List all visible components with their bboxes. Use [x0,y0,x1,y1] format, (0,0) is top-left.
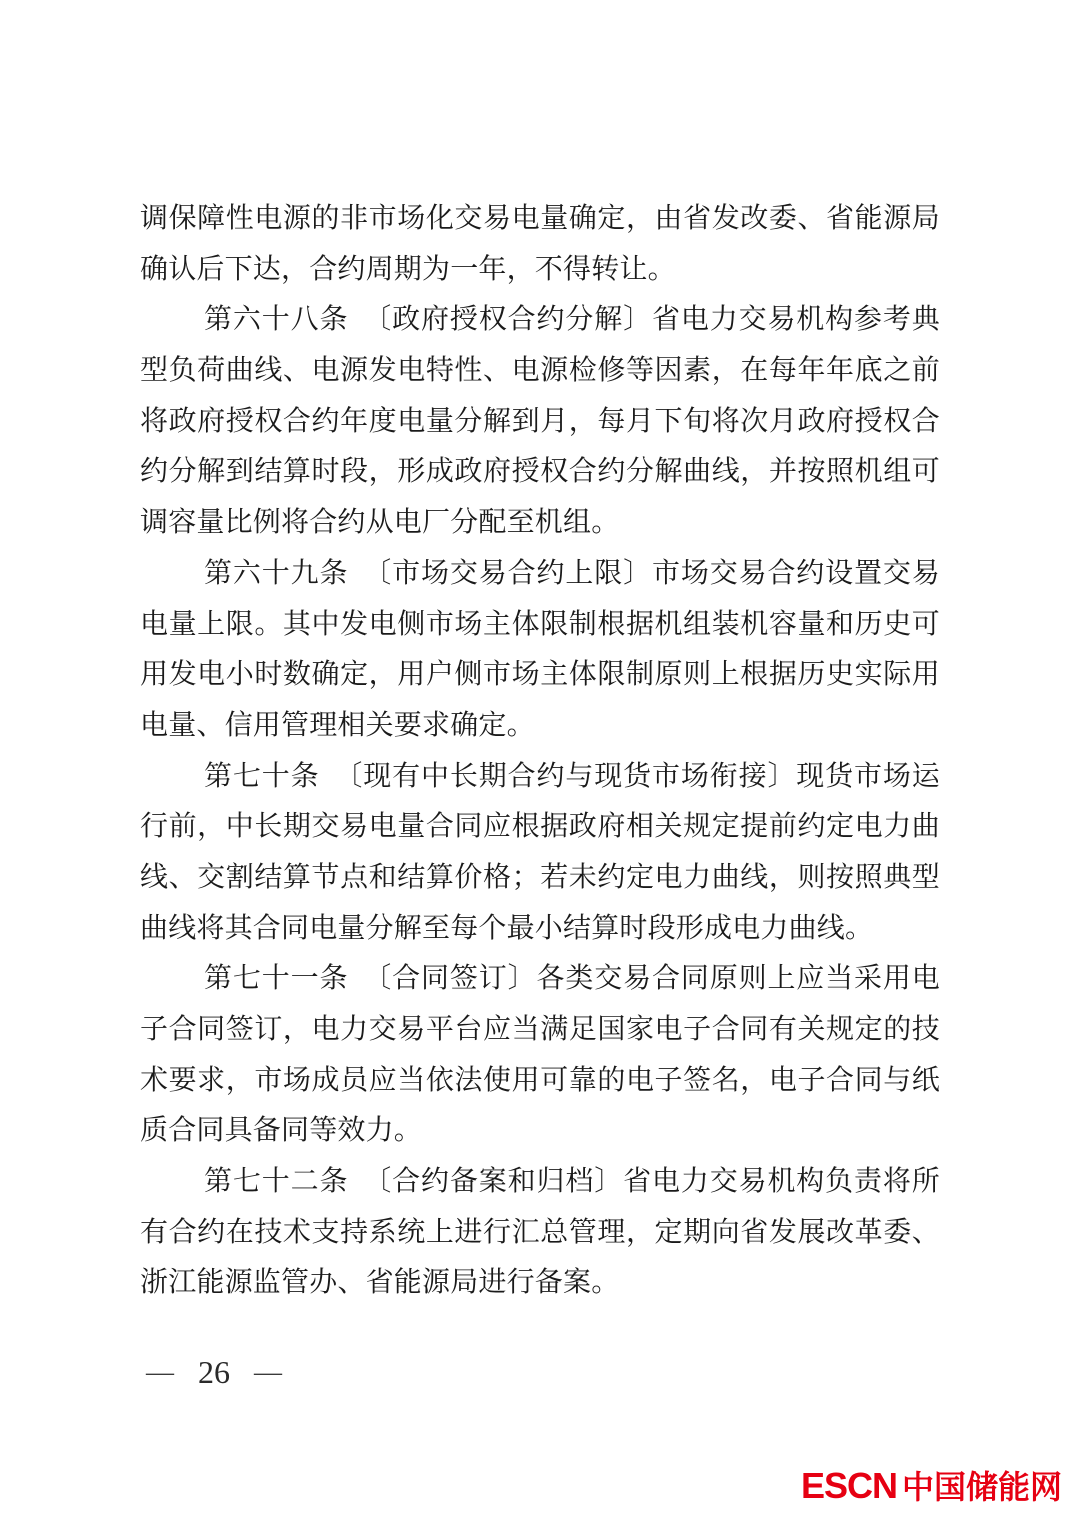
article-heading-line-72: 第七十二条 〔合约备案和归档〕省电力交易机构负责将所 [140,1157,940,1208]
document-page: 调保障性电源的非市场化交易电量确定，由省发改委、省能源局 确认后下达，合约周期为… [0,0,1080,1528]
page-number-dash-left: — [146,1357,174,1389]
page-number-value: 26 [198,1354,230,1391]
article-heading-line-70: 第七十条 〔现有中长期合约与现货市场衔接〕现货市场运 [140,752,940,803]
text-line: 型负荷曲线、电源发电特性、电源检修等因素，在每年年底之前 [140,346,940,397]
text-line: 调容量比例将合约从电厂分配至机组。 [140,498,940,549]
escn-watermark-logo: ESCN 中国储能网 [801,1468,1062,1504]
text-line: 有合约在技术支持系统上进行汇总管理，定期向省发展改革委、 [140,1208,940,1259]
text-line: 用发电小时数确定，用户侧市场主体限制原则上根据历史实际用 [140,650,940,701]
text-line: 行前，中长期交易电量合同应根据政府相关规定提前约定电力曲 [140,802,940,853]
escn-logo-latin: ESCN [801,1468,897,1504]
text-line: 约分解到结算时段，形成政府授权合约分解曲线，并按照机组可 [140,447,940,498]
text-line: 电量上限。其中发电侧市场主体限制根据机组装机容量和历史可 [140,600,940,651]
text-line: 确认后下达，合约周期为一年，不得转让。 [140,245,940,296]
page-number-dash-right: — [254,1357,282,1389]
article-heading-line-69: 第六十九条 〔市场交易合约上限〕市场交易合约设置交易 [140,549,940,600]
article-heading-line-71: 第七十一条 〔合同签订〕各类交易合同原则上应当采用电 [140,954,940,1005]
text-line: 电量、信用管理相关要求确定。 [140,701,940,752]
text-line: 子合同签订，电力交易平台应当满足国家电子合同有关规定的技 [140,1005,940,1056]
page-number: — 26 — [146,1354,282,1391]
text-line: 术要求，市场成员应当依法使用可靠的电子签名，电子合同与纸 [140,1056,940,1107]
escn-logo-chinese: 中国储能网 [902,1471,1062,1503]
text-line: 调保障性电源的非市场化交易电量确定，由省发改委、省能源局 [140,194,940,245]
text-line: 曲线将其合同电量分解至每个最小结算时段形成电力曲线。 [140,904,940,955]
text-line: 将政府授权合约年度电量分解到月，每月下旬将次月政府授权合 [140,397,940,448]
text-line: 质合同具备同等效力。 [140,1106,940,1157]
document-body: 调保障性电源的非市场化交易电量确定，由省发改委、省能源局 确认后下达，合约周期为… [140,194,940,1309]
text-line: 浙江能源监管办、省能源局进行备案。 [140,1258,940,1309]
article-heading-line-68: 第六十八条 〔政府授权合约分解〕省电力交易机构参考典 [140,295,940,346]
text-line: 线、交割结算节点和结算价格；若未约定电力曲线，则按照典型 [140,853,940,904]
